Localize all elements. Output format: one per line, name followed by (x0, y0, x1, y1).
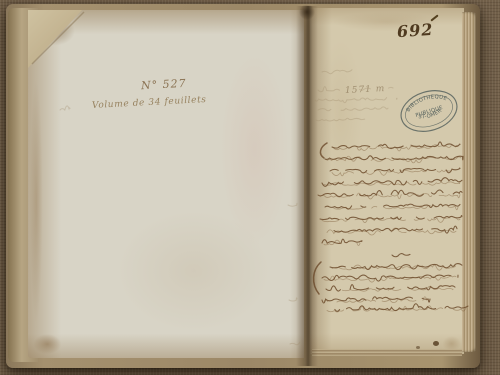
gutter-top-notch (299, 4, 315, 20)
manuscript-scan: N° 527 Volume de 34 feuillets 692 1571 m… (0, 0, 500, 375)
page-fore-edge (462, 12, 477, 352)
faint-year-inscription: 1571 m (345, 84, 386, 96)
wormhole-speck (433, 341, 439, 346)
folio-number: 692 (396, 20, 434, 41)
right-page (310, 8, 464, 354)
page-bottom-edge (312, 349, 462, 356)
wormhole-speck (416, 346, 420, 349)
catalog-number-annotation: N° 527 (141, 77, 187, 92)
left-page (28, 10, 304, 358)
book-gutter-shadow (296, 6, 318, 366)
